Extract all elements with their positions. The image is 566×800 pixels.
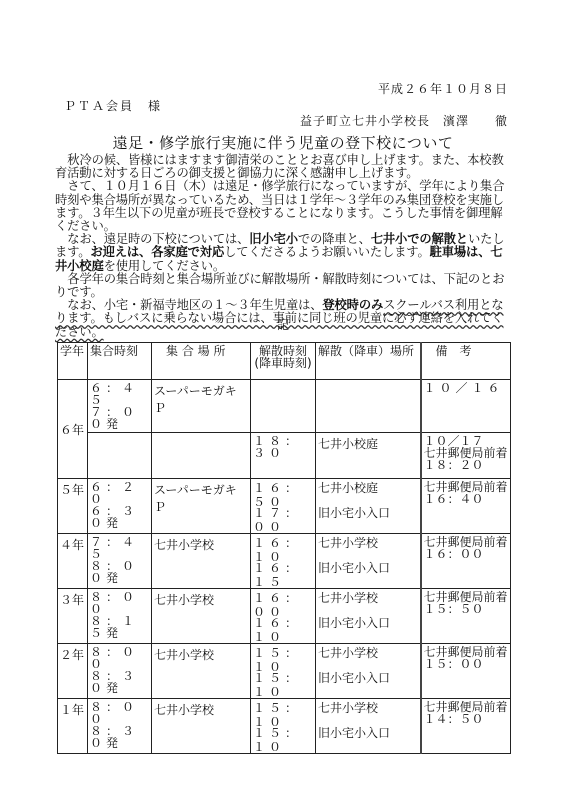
dismiss-place-cell: 七井小校庭: [316, 433, 421, 479]
dismiss-time-2: １７：００: [253, 506, 313, 531]
assembly-place-cell: スーパーモガキＰ: [152, 380, 251, 433]
assembly-time-cell: ７：４５ ８：００発: [88, 534, 152, 589]
dismiss-place-1: 七井小学校: [318, 701, 418, 726]
assembly-time-cell: ６：４５ ７：００発: [88, 380, 152, 433]
assembly-time-cell: ８：００ ８：３０発: [88, 699, 152, 754]
table-row: ４年 ７：４５ ８：００発 七井小学校 １６：１０１６：１５ 七井小学校旧小宅小…: [58, 534, 511, 589]
grade-cell: ５年: [58, 479, 88, 534]
dismiss-place-cell: 七井小学校旧小宅小入口: [316, 589, 421, 644]
assembly-time-cell: ６：２０ ６：３０発: [88, 479, 152, 534]
bold-text: お迎えは、各家庭で対応: [90, 245, 224, 259]
grade-cell: １年: [58, 699, 88, 754]
grade-cell: ２年: [58, 644, 88, 699]
header-grade: 学年: [58, 343, 88, 380]
assembly-place-cell: 七井小学校: [152, 534, 251, 589]
dismiss-time-1: １５：１０: [253, 701, 313, 726]
dismiss-time-2: １５：１０: [253, 726, 313, 751]
table-header-row: 学年 集合時刻 集 合 場 所 解散時刻 (降車時刻) 解散（降車）場所 備 考: [58, 343, 511, 380]
dismiss-time-1: １６：１０: [253, 536, 313, 561]
dismiss-time-1: １６：５０: [253, 481, 313, 506]
dismiss-time-1: １６：００: [253, 591, 313, 616]
dismiss-time-2: １６：１０: [253, 616, 313, 641]
dismiss-time-2: １６：１５: [253, 561, 313, 586]
addressee: ＰＴＡ会員 様: [64, 97, 162, 114]
assembly-place-cell: 七井小学校: [152, 699, 251, 754]
schedule-table: 学年 集合時刻 集 合 場 所 解散時刻 (降車時刻) 解散（降車）場所 備 考…: [57, 342, 511, 754]
dismiss-time-2: １５：１０: [253, 671, 313, 696]
header-dismiss-place: 解散（降車）場所: [316, 343, 421, 380]
dismiss-place-2: 旧小宅小入口: [318, 506, 418, 531]
notes-cell: 七井郵便局前着 １６：００: [421, 534, 511, 589]
notes-cell: 七井郵便局前着 １６：４０: [421, 479, 511, 534]
table-row: １年 ８：００ ８：３０発 七井小学校 １５：１０１５：１０ 七井小学校旧小宅小…: [58, 699, 511, 754]
dismiss-place-2: 旧小宅小入口: [318, 616, 418, 641]
dismiss-time-cell: １８：３０: [251, 433, 316, 479]
paragraph-schedule-intro: 各学年の集合時刻と集合場所並びに解散場所・解散時刻については、下記のとおりです。: [55, 273, 513, 299]
assembly-time-cell: ８：００ ８：３０発: [88, 644, 152, 699]
document-date: 平成２６年１０月８日: [378, 80, 508, 97]
notes-cell: 七井郵便局前着 １４：５０: [421, 699, 511, 754]
header-dismiss-time: 解散時刻 (降車時刻): [251, 343, 316, 380]
header-assembly-time: 集合時刻: [88, 343, 152, 380]
text: を使用してください。: [104, 259, 225, 273]
grade-cell: ４年: [58, 534, 88, 589]
letter-body: 秋冷の候、皆様にはますます御清栄のこととお喜び申し上げます。また、本校教育活動に…: [55, 154, 513, 339]
dismiss-time-cell: １５：１０１５：１０: [251, 699, 316, 754]
dismiss-time-1: １５：１０: [253, 646, 313, 671]
table-row: ２年 ８：００ ８：３０発 七井小学校 １５：１０１５：１０ 七井小学校旧小宅小…: [58, 644, 511, 699]
dismiss-time-cell: １６：１０１６：１５: [251, 534, 316, 589]
header-assembly-place: 集 合 場 所: [152, 343, 251, 380]
dismiss-place-cell: 七井小学校旧小宅小入口: [316, 699, 421, 754]
dismiss-time-cell: １５：１０１５：１０: [251, 644, 316, 699]
notes-cell: １０／１６: [421, 380, 511, 433]
paragraph-event: さて、１０月１６日（木）は遠足・修学旅行になっていますが、学年により集合時刻や集…: [55, 180, 513, 233]
notes-cell: １０／１７ 七井郵便局前着 １８：２０: [421, 433, 511, 479]
dismiss-place-1: 七井小学校: [318, 591, 418, 616]
dismiss-place-2: 旧小宅小入口: [318, 561, 418, 586]
dismiss-time-cell: [251, 380, 316, 433]
dismiss-place-cell: 七井小学校旧小宅小入口: [316, 534, 421, 589]
dismiss-place-1: 七井小学校: [318, 536, 418, 561]
ki-heading: 記: [0, 316, 566, 333]
assembly-place-cell: スーパーモガキＰ: [152, 479, 251, 534]
table-row: １８：３０ 七井小校庭 １０／１７ 七井郵便局前着 １８：２０: [58, 433, 511, 479]
dismiss-place-1: 七井小学校: [318, 646, 418, 671]
paragraph-dismissal: なお、遠足時の下校については、旧小宅小での降車と、七井小での解散といたします。お…: [55, 233, 513, 273]
assembly-place-cell: 七井小学校: [152, 589, 251, 644]
paragraph-greeting: 秋冷の候、皆様にはますます御清栄のこととお喜び申し上げます。また、本校教育活動に…: [55, 154, 513, 180]
table-row: ３年 ８：００ ８：１５発 七井小学校 １６：００１６：１０ 七井小学校旧小宅小…: [58, 589, 511, 644]
assembly-place-cell: 七井小学校: [152, 644, 251, 699]
assembly-time-cell: [88, 433, 152, 479]
dismiss-place-1: 七井小校庭: [318, 481, 418, 506]
table-row: ６年 ６：４５ ７：００発 スーパーモガキＰ １０／１６: [58, 380, 511, 433]
sender: 益子町立七井小学校長 濱澤 徹: [300, 112, 508, 129]
assembly-place-cell: [152, 433, 251, 479]
notes-cell: 七井郵便局前着 １５：５０: [421, 589, 511, 644]
dismiss-place-cell: 七井小校庭旧小宅小入口: [316, 479, 421, 534]
document-title: 遠足・修学旅行実施に伴う児童の登下校について: [0, 132, 566, 153]
header-notes: 備 考: [421, 343, 511, 380]
dismiss-time-cell: １６：５０１７：００: [251, 479, 316, 534]
dismiss-place-cell: [316, 380, 421, 433]
table-row: ５年 ６：２０ ６：３０発 スーパーモガキＰ １６：５０１７：００ 七井小校庭旧…: [58, 479, 511, 534]
notes-cell: 七井郵便局前着 １５：００: [421, 644, 511, 699]
dismiss-place-cell: 七井小学校旧小宅小入口: [316, 644, 421, 699]
assembly-time-cell: ８：００ ８：１５発: [88, 589, 152, 644]
dismiss-place-2: 旧小宅小入口: [318, 726, 418, 751]
grade-cell: ３年: [58, 589, 88, 644]
dismiss-time-cell: １６：００１６：１０: [251, 589, 316, 644]
text: してくださるようお願いいたします。: [224, 245, 430, 259]
grade-cell: ６年: [58, 380, 88, 479]
dismiss-place-2: 旧小宅小入口: [318, 671, 418, 696]
